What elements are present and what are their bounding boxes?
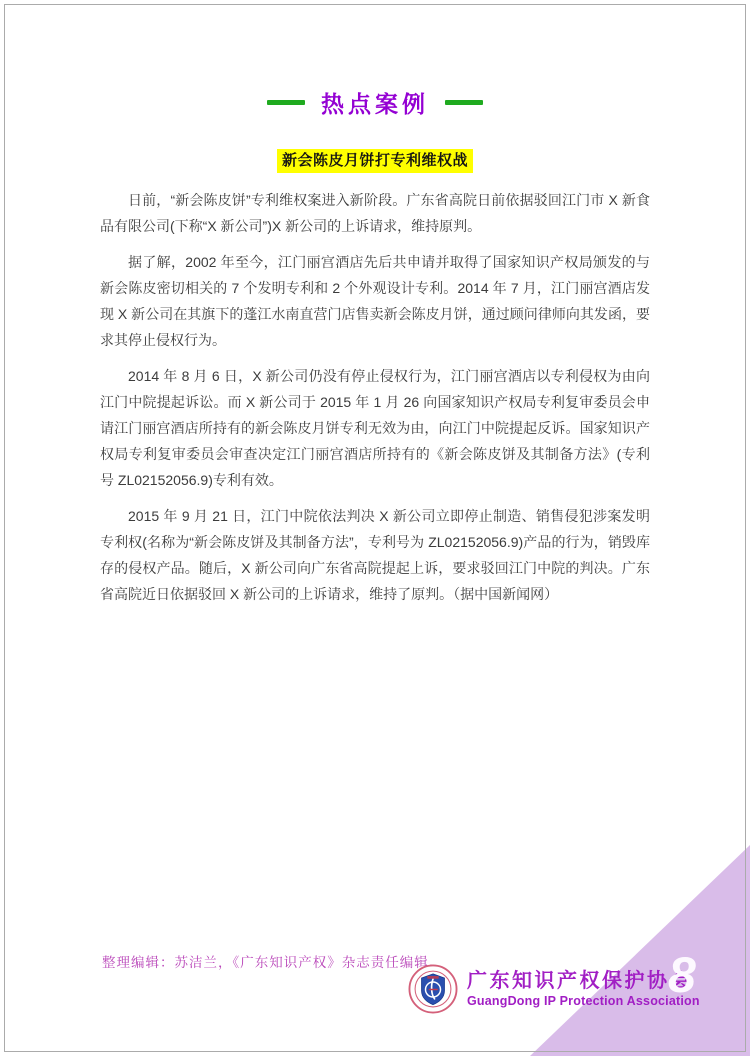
page-number: 8 bbox=[668, 950, 696, 1000]
article-paragraph: 日前，“新会陈皮饼”专利维权案进入新阶段。广东省高院日前依据驳回江门市 X 新食… bbox=[100, 187, 650, 239]
article-content: 热点案例 新会陈皮月饼打专利维权战 日前，“新会陈皮饼”专利维权案进入新阶段。广… bbox=[100, 86, 650, 617]
org-names: 广东知识产权保护协会 GuangDong IP Protection Assoc… bbox=[467, 970, 700, 1008]
header-dash-right-icon bbox=[445, 100, 483, 105]
article-paragraph: 据了解，2002 年至今，江门丽宫酒店先后共申请并取得了国家知识产权局颁发的与新… bbox=[100, 249, 650, 353]
article-title: 新会陈皮月饼打专利维权战 bbox=[277, 149, 473, 173]
org-name-zh: 广东知识产权保护协会 bbox=[467, 970, 700, 993]
gdipa-badge-logo-icon bbox=[408, 964, 458, 1014]
header-dash-left-icon bbox=[267, 100, 305, 105]
org-name-en: GuangDong IP Protection Association bbox=[467, 994, 700, 1008]
article-title-row: 新会陈皮月饼打专利维权战 bbox=[100, 149, 650, 173]
section-title: 热点案例 bbox=[321, 86, 429, 119]
article-paragraph: 2014 年 8 月 6 日，X 新公司仍没有停止侵权行为，江门丽宫酒店以专利侵… bbox=[100, 363, 650, 493]
document-page: 热点案例 新会陈皮月饼打专利维权战 日前，“新会陈皮饼”专利维权案进入新阶段。广… bbox=[0, 0, 750, 1056]
org-footer: 广东知识产权保护协会 GuangDong IP Protection Assoc… bbox=[408, 964, 700, 1014]
corner-triangle-decoration bbox=[530, 845, 750, 1056]
article-paragraph: 2015 年 9 月 21 日，江门中院依法判决 X 新公司立即停止制造、销售侵… bbox=[100, 503, 650, 607]
editor-note: 整理编辑：苏洁兰，《广东知识产权》杂志责任编辑。 bbox=[102, 951, 443, 971]
section-header: 热点案例 bbox=[100, 86, 650, 119]
